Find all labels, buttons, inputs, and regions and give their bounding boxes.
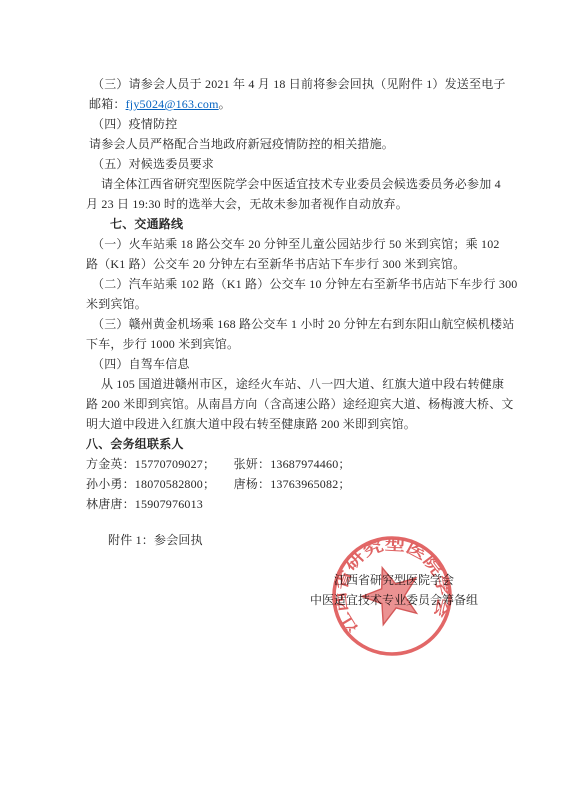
transport-airport-line1: （三）赣州黄金机场乘 168 路公交车 1 小时 20 分钟左右到东阳山航空候机…: [86, 314, 486, 334]
section-heading-transport: 七、交通路线: [86, 214, 486, 234]
signature-org-line1: 江西省研究型医院学会: [310, 570, 478, 590]
subhead-self-driving: （四）自驾车信息: [86, 354, 486, 374]
transport-airport-line2: 下车，步行 1000 米到宾馆。: [86, 334, 486, 354]
document-page: （三）请参会人员于 2021 年 4 月 18 日前将参会回执（见附件 1）发送…: [0, 0, 566, 800]
self-driving-line1: 从 105 国道进赣州市区，途经火车站、八一四大道、红旗大道中段右转健康: [86, 374, 486, 394]
document-body: （三）请参会人员于 2021 年 4 月 18 日前将参会回执（见附件 1）发送…: [86, 74, 486, 550]
email-suffix: 。: [219, 97, 231, 111]
para-epidemic-text: 请参会人员严格配合当地政府新冠疫情防控的相关措施。: [86, 134, 486, 154]
email-label: 邮箱：: [89, 97, 126, 111]
subhead-epidemic-prevention: （四）疫情防控: [86, 114, 486, 134]
transport-train-line1: （一）火车站乘 18 路公交车 20 分钟至儿童公园站步行 50 米到宾馆；乘 …: [86, 234, 486, 254]
self-driving-line2: 路 200 米即到宾馆。从南昌方向（含高速公路）途经迎宾大道、杨梅渡大桥、文: [86, 394, 486, 414]
email-link[interactable]: fjy5024@163.com: [126, 97, 219, 111]
transport-bus-line2: 米到宾馆。: [86, 294, 486, 314]
signature-block: 江西省研究型医院学会 中医适宜技术专业委员会筹备组: [310, 570, 478, 610]
transport-bus-line1: （二）汽车站乘 102 路（K1 路）公交车 10 分钟左右至新华书店站下车步行…: [86, 274, 486, 294]
section-heading-contacts: 八、会务组联系人: [86, 434, 486, 454]
spacer: [86, 514, 486, 530]
subhead-candidate-requirements: （五）对候选委员要求: [86, 154, 486, 174]
contact-row-1: 方金英：15770709027； 张妍：13687974460；: [86, 454, 486, 474]
contact-row-2: 孙小勇：18070582800； 唐杨：13763965082；: [86, 474, 486, 494]
para-reply-receipt-line1: （三）请参会人员于 2021 年 4 月 18 日前将参会回执（见附件 1）发送…: [86, 74, 486, 94]
signature-org-line2: 中医适宜技术专业委员会筹备组: [310, 590, 478, 610]
contact-row-3: 林唐唐：15907976013: [86, 494, 486, 514]
para-candidate-line1: 请全体江西省研究型医院学会中医适宜技术专业委员会候选委员务必参加 4: [86, 174, 486, 194]
para-candidate-line2: 月 23 日 19:30 时的选举大会，无故未参加者视作自动放弃。: [86, 194, 486, 214]
para-email-line: 邮箱：fjy5024@163.com。: [86, 94, 486, 114]
attachment-note: 附件 1：参会回执: [86, 530, 486, 550]
self-driving-line3: 明大道中段进入红旗大道中段右转至健康路 200 米即到宾馆。: [86, 414, 486, 434]
transport-train-line2: 路（K1 路）公交车 20 分钟左右至新华书店站下车步行 300 米到宾馆。: [86, 254, 486, 274]
